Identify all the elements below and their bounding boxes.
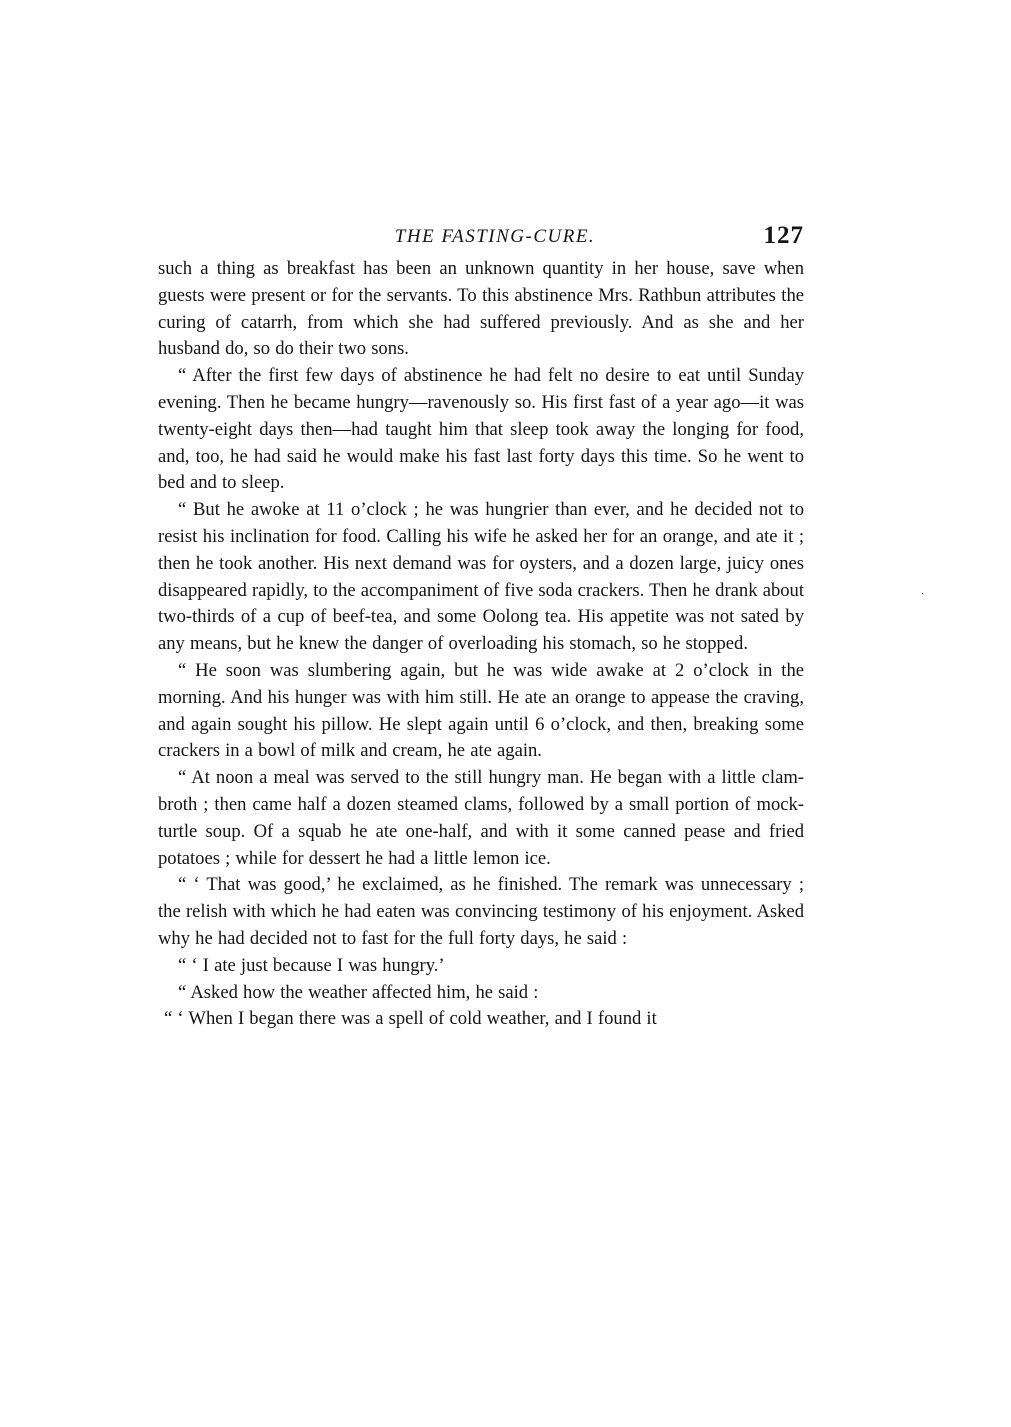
paragraph-6: “ ‘ That was good,’ he exclaimed, as he … [158,872,804,952]
paragraph-8: “ Asked how the weather affected him, he… [158,980,804,1007]
body-text: such a thing as breakfast has been an un… [158,256,804,1033]
paragraph-1: such a thing as breakfast has been an un… [158,256,804,363]
running-title: THE FASTING-CURE. [158,226,804,248]
paragraph-4: “ He soon was slumbering again, but he w… [158,658,804,765]
paragraph-2: “ After the first few days of abstinence… [158,363,804,497]
running-head: THE FASTING-CURE. 127 [158,222,804,252]
paragraph-5: “ At noon a meal was served to the still… [158,765,804,872]
paragraph-9: “ ‘ When I began there was a spell of co… [158,1006,804,1033]
scan-speck [922,593,923,594]
paragraph-3: “ But he awoke at 11 o’clock ; he was hu… [158,497,804,658]
page-number: 127 [764,222,805,250]
book-page: THE FASTING-CURE. 127 such a thing as br… [158,222,804,1033]
paragraph-7: “ ‘ I ate just because I was hungry.’ [158,953,804,980]
